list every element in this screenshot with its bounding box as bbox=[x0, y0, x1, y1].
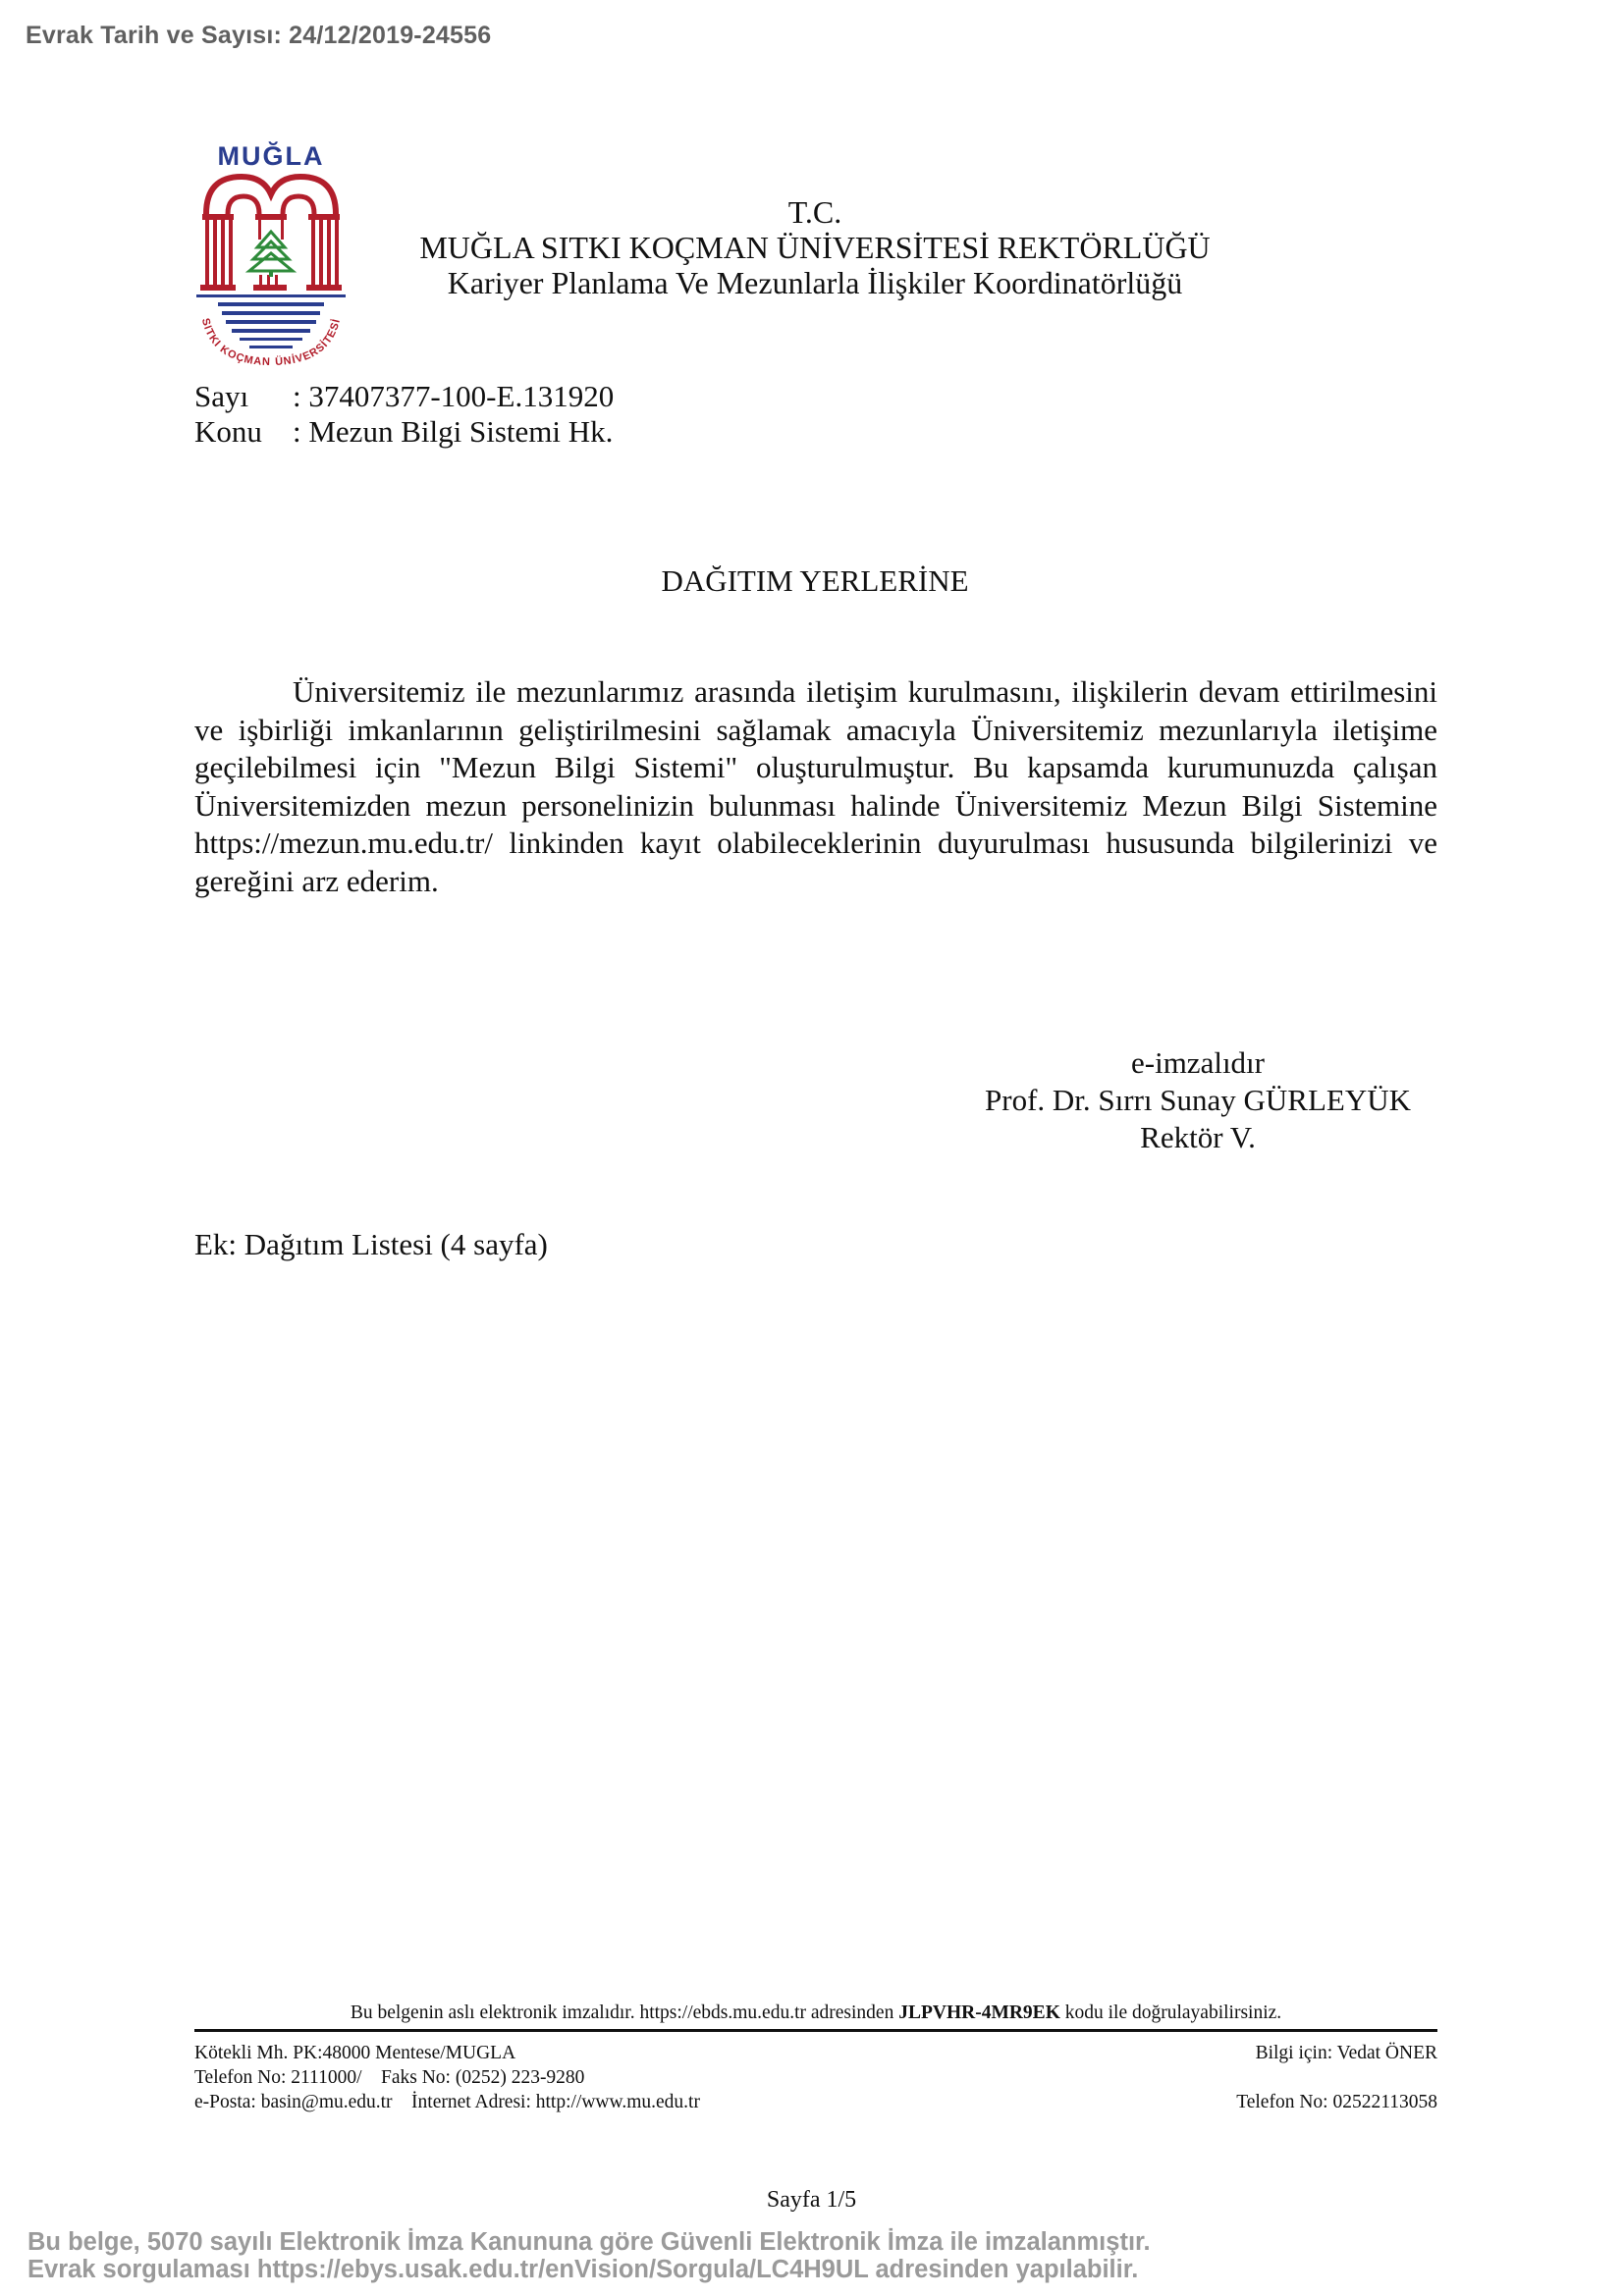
header-department: Kariyer Planlama Ve Mezunlarla İlişkiler… bbox=[324, 265, 1306, 300]
attachment-note: Ek: Dağıtım Listesi (4 sayfa) bbox=[194, 1227, 548, 1262]
sayi-label: Sayı bbox=[194, 379, 293, 414]
document-date-number-stamp: Evrak Tarih ve Sayısı: 24/12/2019-24556 bbox=[26, 22, 491, 50]
document-subject: Konu: Mezun Bilgi Sistemi Hk. bbox=[194, 414, 613, 450]
verification-code: JLPVHR-4MR9EK bbox=[898, 2002, 1060, 2023]
header-tc: T.C. bbox=[324, 194, 1306, 230]
e-signature-stamp-line1: Bu belge, 5070 sayılı Elektronik İmza Ka… bbox=[27, 2228, 1151, 2256]
signature-status: e-imzalıdır bbox=[943, 1044, 1453, 1082]
footer-email-web: e-Posta: basin@mu.edu.tr İnternet Adresi… bbox=[194, 2090, 700, 2114]
letter-body: Üniversitemiz ile mezunlarımız arasında … bbox=[194, 673, 1437, 900]
konu-label: Konu bbox=[194, 414, 293, 450]
footer-address: Kötekli Mh. PK:48000 Mentese/MUGLA bbox=[194, 2041, 515, 2065]
footer-info-contact: Bilgi için: Vedat ÖNER bbox=[1256, 2041, 1437, 2065]
signatory-title: Rektör V. bbox=[943, 1119, 1453, 1156]
signatory-name: Prof. Dr. Sırrı Sunay GÜRLEYÜK bbox=[943, 1082, 1453, 1119]
page-number: Sayfa 1/5 bbox=[0, 2187, 1623, 2214]
document-number: Sayı: 37407377-100-E.131920 bbox=[194, 379, 614, 414]
footer-phone-fax: Telefon No: 2111000/ Faks No: (0252) 223… bbox=[194, 2065, 584, 2090]
footer-divider bbox=[194, 2029, 1437, 2032]
addressee: DAĞITIM YERLERİNE bbox=[324, 563, 1306, 599]
e-signature-stamp-line2: Evrak sorgulaması https://ebys.usak.edu.… bbox=[27, 2256, 1138, 2283]
header-university: MUĞLA SITKI KOÇMAN ÜNİVERSİTESİ REKTÖRLÜ… bbox=[324, 230, 1306, 265]
verification-suffix: kodu ile doğrulayabilirsiniz. bbox=[1060, 2002, 1281, 2023]
svg-text:SITKI KOÇMAN ÜNİVERSİTESİ: SITKI KOÇMAN ÜNİVERSİTESİ bbox=[199, 317, 343, 368]
footer-info-phone: Telefon No: 02522113058 bbox=[1236, 2090, 1437, 2114]
verification-prefix: Bu belgenin aslı elektronik imzalıdır. h… bbox=[351, 2002, 898, 2023]
svg-text:MUĞLA: MUĞLA bbox=[218, 140, 325, 171]
sayi-value: : 37407377-100-E.131920 bbox=[293, 379, 614, 413]
konu-value: : Mezun Bilgi Sistemi Hk. bbox=[293, 414, 613, 449]
verification-note: Bu belgenin aslı elektronik imzalıdır. h… bbox=[194, 2002, 1437, 2024]
